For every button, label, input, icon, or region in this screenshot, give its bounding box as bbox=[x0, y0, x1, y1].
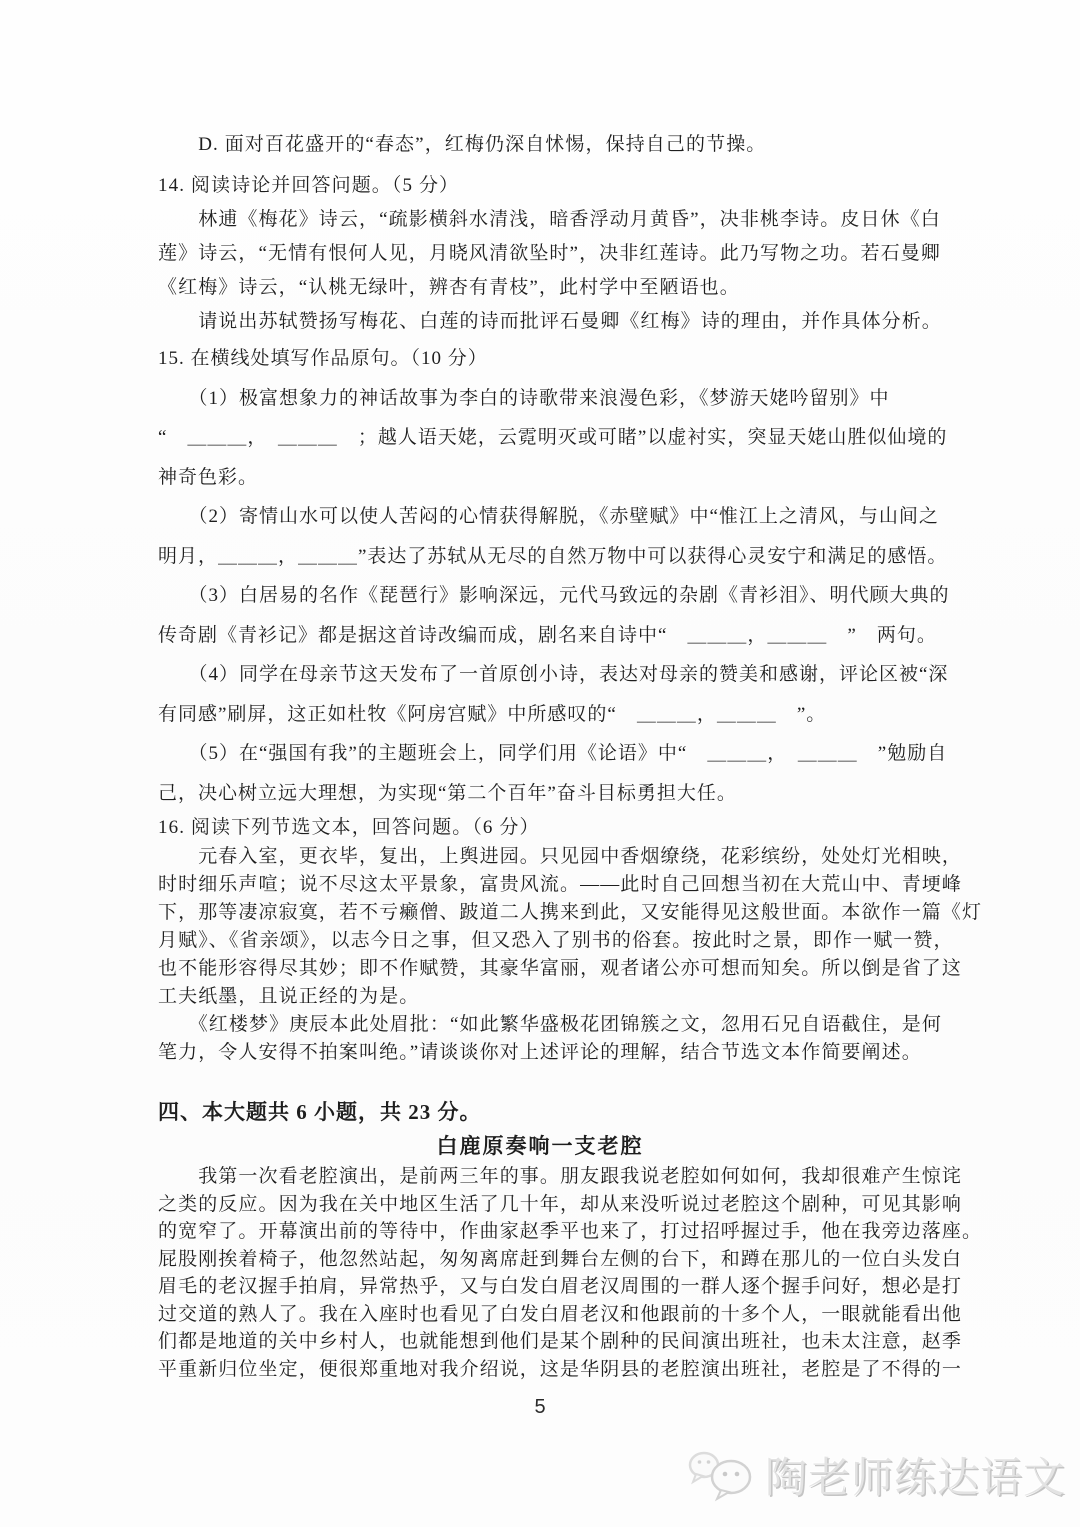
essay-passage: 我第一次看老腔演出，是前两三年的事。朋友跟我说老腔如何如何，我却很难产生惊诧 之… bbox=[158, 1163, 970, 1383]
question-16-excerpt: 元春入室，更衣毕，复出，上舆进园。只见园中香烟缭绕，花彩缤纷，处处灯光相映， 时… bbox=[158, 843, 970, 1011]
page-content: D. 面对百花盛开的“春态”，红梅仍深自怵惕，保持自己的节操。 14. 阅读诗论… bbox=[0, 128, 1080, 1383]
watermark-text: 陶老师练达语文 bbox=[765, 1445, 1066, 1505]
essay-line: 的宽窄了。开幕演出前的等待中，作曲家赵季平也来了，打过招呼握过手，他在我旁边落座… bbox=[158, 1218, 970, 1246]
excerpt-line: 元春入室，更衣毕，复出，上舆进园。只见园中香烟缭绕，花彩缤纷，处处灯光相映， bbox=[158, 843, 970, 871]
essay-line: 眉毛的老汉握手拍肩，异常热乎，又与白发白眉老汉周围的一群人逐个握手问好，想必是打 bbox=[158, 1273, 970, 1301]
question-14-text-line: 林逋《梅花》诗云，“疏影横斜水清浅，暗香浮动月黄昏”，决非桃李诗。皮日休《白 bbox=[158, 203, 970, 237]
excerpt-line: 工夫纸墨，且说正经的为是。 bbox=[158, 983, 970, 1011]
essay-line: 们都是地道的关中乡村人，也就能想到他们是某个剧种的民间演出班社，也未太注意，赵季 bbox=[158, 1328, 970, 1356]
question-15-blank-line: 明月，＿＿＿，＿＿＿”表达了苏轼从无尽的自然万物中可以获得心灵安宁和满足的感悟。 bbox=[158, 537, 970, 577]
excerpt-line: 月赋》、《省亲颂》，以志今日之事，但又恐入了别书的俗套。按此时之景，即作一赋一赞… bbox=[158, 927, 970, 955]
question-15-item-5-line: （5）在“强国有我”的主题班会上，同学们用《论语》中“ ＿＿＿， ＿＿＿ ”勉励… bbox=[158, 734, 970, 774]
question-15-blank-line: “ ＿＿＿， ＿＿＿ ；越人语天姥，云霓明灭或可睹”以虚衬实，突显天姥山胜似仙境… bbox=[158, 418, 970, 458]
question-15-blank-line: 传奇剧《青衫记》都是据这首诗改编而成，剧名来自诗中“ ＿＿＿，＿＿＿ ” 两句。 bbox=[158, 616, 970, 656]
question-14-text-line: 莲》诗云，“无情有恨何人见，月晓风清欲坠时”，决非红莲诗。此乃写物之功。若石曼卿 bbox=[158, 237, 970, 271]
essay-line: 之类的反应。因为我在关中地区生活了几十年，却从来没听说过老腔这个剧种，可见其影响 bbox=[158, 1191, 970, 1219]
excerpt-line: 下，那等凄凉寂寞，若不亏癞僧、跛道二人携来到此，又安能得见这般世面。本欲作一篇《… bbox=[158, 899, 970, 927]
question-16-commentary: 《红楼梦》庚辰本此处眉批：“如此繁华盛极花团锦簇之文，忽用石兄自语截住，是何 笔… bbox=[158, 1011, 970, 1067]
question-15-block: 15. 在横线处填写作品原句。（10 分） （1）极富想象力的神话故事为李白的诗… bbox=[158, 339, 970, 813]
question-14-text-line: 请说出苏轼赞扬写梅花、白莲的诗而批评石曼卿《红梅》诗的理由，并作具体分析。 bbox=[158, 305, 970, 339]
essay-title: 白鹿原奏响一支老腔 bbox=[0, 1129, 1080, 1163]
section-4-header: 四、本大题共 6 小题，共 23 分。 bbox=[158, 1095, 970, 1129]
question-15-item-1-line: 神奇色彩。 bbox=[158, 458, 970, 498]
question-16-header-block: 16. 阅读下列节选文本，回答问题。（6 分） bbox=[158, 813, 970, 843]
question-15-item-1-line: （1）极富想象力的神话故事为李白的诗歌带来浪漫色彩，《梦游天姥吟留别》中 bbox=[158, 379, 970, 419]
essay-line: 过交道的熟人了。我在入座时也看见了白发白眉老汉和他跟前的十多个人，一眼就能看出他 bbox=[158, 1301, 970, 1329]
scanned-exam-page: D. 面对百花盛开的“春态”，红梅仍深自怵惕，保持自己的节操。 14. 阅读诗论… bbox=[0, 0, 1080, 1527]
essay-line: 我第一次看老腔演出，是前两三年的事。朋友跟我说老腔如何如何，我却很难产生惊诧 bbox=[158, 1163, 970, 1191]
essay-line: 屁股刚挨着椅子，他忽然站起，匆匆离席赶到舞台左侧的台下，和蹲在那儿的一位白头发白 bbox=[158, 1246, 970, 1274]
question-15-item-2-line: （2）寄情山水可以使人苦闷的心情获得解脱，《赤壁赋》中“惟江上之清风，与山间之 bbox=[158, 497, 970, 537]
wechat-icon bbox=[687, 1446, 761, 1504]
question-15-item-5-line: 己，决心树立远大理想，为实现“第二个百年”奋斗目标勇担大任。 bbox=[158, 774, 970, 814]
question-14-text-line: 《红梅》诗云，“认桃无绿叶，辨杏有青枝”，此村学中至陋语也。 bbox=[158, 271, 970, 305]
watermark: 陶老师练达语文 bbox=[687, 1445, 1066, 1505]
commentary-line: 笔力，令人安得不拍案叫绝。”请谈谈你对上述评论的理解，结合节选文本作简要阐述。 bbox=[158, 1039, 970, 1067]
question-14-header: 14. 阅读诗论并回答问题。（5 分） bbox=[158, 169, 970, 203]
question-14-block: D. 面对百花盛开的“春态”，红梅仍深自怵惕，保持自己的节操。 14. 阅读诗论… bbox=[158, 128, 970, 339]
question-15-item-3-line: （3）白居易的名作《琵琶行》影响深远，元代马致远的杂剧《青衫泪》、明代顾大典的 bbox=[158, 576, 970, 616]
question-16-header: 16. 阅读下列节选文本，回答问题。（6 分） bbox=[158, 813, 970, 843]
question-15-item-4-line: （4）同学在母亲节这天发布了一首原创小诗，表达对母亲的赞美和感谢，评论区被“深 bbox=[158, 655, 970, 695]
essay-line: 平重新归位坐定，便很郑重地对我介绍说，这是华阴县的老腔演出班社，老腔是了不得的一 bbox=[158, 1356, 970, 1384]
commentary-line: 《红楼梦》庚辰本此处眉批：“如此繁华盛极花团锦簇之文，忽用石兄自语截住，是何 bbox=[158, 1011, 970, 1039]
excerpt-line: 也不能形容得尽其妙；即不作赋赞，其豪华富丽，观者诸公亦可想而知矣。所以倒是省了这 bbox=[158, 955, 970, 983]
excerpt-line: 时时细乐声喧；说不尽这太平景象，富贵风流。——此时自己回想当初在大荒山中、青埂峰 bbox=[158, 871, 970, 899]
page-number: 5 bbox=[0, 1393, 1080, 1421]
question-15-blank-line: 有同感”刷屏，这正如杜牧《阿房宫赋》中所感叹的“ ＿＿＿，＿＿＿ ”。 bbox=[158, 695, 970, 735]
question-15-header: 15. 在横线处填写作品原句。（10 分） bbox=[158, 339, 970, 379]
option-d-line: D. 面对百花盛开的“春态”，红梅仍深自怵惕，保持自己的节操。 bbox=[158, 128, 970, 162]
